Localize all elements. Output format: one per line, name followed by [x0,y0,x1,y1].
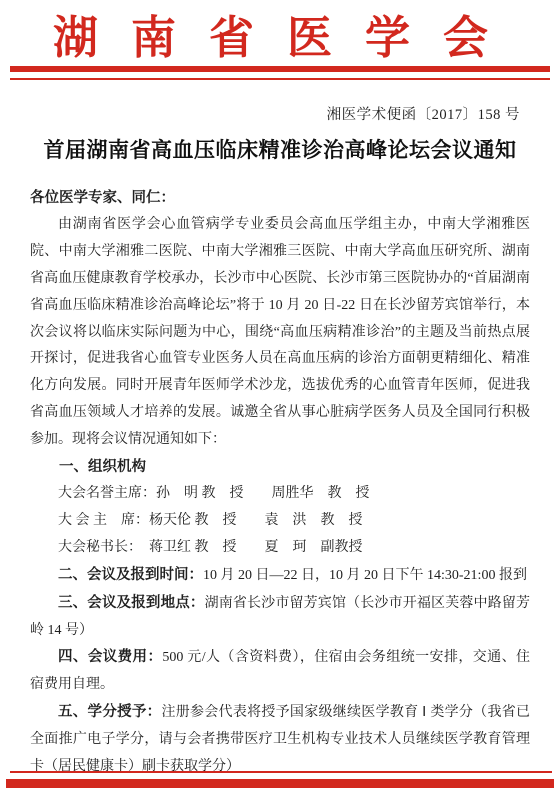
section-credits: 五、学分授予：注册参会代表将授予国家级继续医学教育 Ⅰ 类学分（我省已全面推广电… [30,699,530,781]
doc-title: 首届湖南省高血压临床精准诊治高峰论坛会议通知 [0,134,560,164]
org-row-secretary-general: 大会秘书长： 蒋卫红 教 授 夏 珂 副教授 [30,535,530,562]
section-meeting-location: 三、会议及报到地点：湖南省长沙市留芳宾馆（长沙市开福区芙蓉中路留芳岭 14 号） [30,590,530,645]
section-label-meeting-fee: 四、会议费用： [58,649,162,665]
section-meeting-time: 二、会议及报到时间：10 月 20 日—22 日，10 月 20 日下午 14:… [30,562,530,590]
salutation: 各位医学专家、同仁： [30,185,530,212]
intro-paragraph: 由湖南省医学会心血管病学专业委员会高血压学组主办，中南大学湘雅医院、中南大学湘雅… [30,212,530,454]
section-label-meeting-location: 三、会议及报到地点： [58,595,205,611]
org-row-honorary-chairs: 大会名誉主席：孙 明 教 授 周胜华 教 授 [30,481,530,508]
section-heading-organization: 一、组织机构 [30,454,530,481]
section-text-meeting-time: 10 月 20 日—22 日，10 月 20 日下午 14:30-21:00 报… [203,568,527,583]
org-row-chairs: 大 会 主 席：杨天伦 教 授 袁 洪 教 授 [30,508,530,535]
section-label-meeting-time: 二、会议及报到时间： [58,567,203,583]
doc-reference-number: 湘医学术便函〔2017〕158 号 [327,103,520,124]
org-masthead-title: 湖南省医学会 [14,1,560,66]
section-label-credits: 五、学分授予： [58,704,161,720]
footer-rule-thick [6,779,554,788]
masthead-rule-thick [10,66,550,72]
footer-rule-thin [10,771,552,773]
notice-document-page: 湖南省医学会 湘医学术便函〔2017〕158 号 首届湖南省高血压临床精准诊治高… [0,0,560,788]
masthead-rule-thin [10,78,550,80]
section-meeting-fee: 四、会议费用：500 元/人（含资料费），住宿由会务组统一安排，交通、住宿费用自… [30,644,530,699]
doc-body: 各位医学专家、同仁： 由湖南省医学会心血管病学专业委员会高血压学组主办，中南大学… [30,185,530,781]
